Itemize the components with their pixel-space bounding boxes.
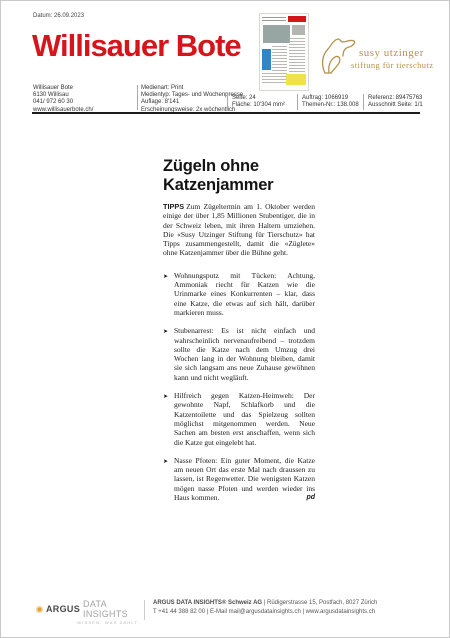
article: Zügeln ohne Katzenjammer TIPPSZum Zügelt… [163,157,315,502]
footer-contact-block: ARGUS DATA INSIGHTS® Schweiz AG | Rüdige… [153,599,377,617]
meta-divider-1 [137,85,138,110]
publication-logo: Willisauer Bote [32,28,241,64]
header-rule [32,112,420,114]
meta-source-city: 6130 Willisau [33,92,93,99]
argus-logo-secondary: DATA INSIGHTS [83,599,140,619]
footer-company-line: ARGUS DATA INSIGHTS® Schweiz AG | Rüdige… [153,599,377,608]
tip-item: ➤Stubenarrest: Es ist nicht einfach und … [163,326,315,382]
tip-text: Hilfreich gegen Katzen-Heimweh: Der gewo… [174,391,315,446]
footer-company-address: | Rüdigerstrasse 15, Postfach, 8027 Züri… [262,600,377,606]
argus-tagline: WISSEN, WAS ZÄHLT. [36,620,140,625]
arrow-bullet-icon: ➤ [163,457,168,466]
clipping-date: Datum: 26.09.2023 [33,13,84,19]
tip-text: Wohnungsputz mit Tücken: Achtung, Ammoni… [174,271,315,317]
tip-text: Stubenarrest: Es ist nicht einfach und w… [174,326,315,381]
thumb-blue-ad-block [262,49,271,70]
argus-compass-icon [36,606,43,613]
arrow-bullet-icon: ➤ [163,272,168,281]
argus-logo: ARGUS DATA INSIGHTS WISSEN, WAS ZÄHLT. [36,599,140,625]
thumb-text-column-bottom [262,73,284,85]
article-intro-text: Zum Zügeltermin am 1. Oktober werden ein… [163,202,315,257]
thumb-photo-small [292,25,305,35]
tip-item: ➤Hilfreich gegen Katzen-Heimweh: Der gew… [163,391,315,447]
author-abbreviation: pd [306,493,315,502]
meta-ausschnitt: Ausschnitt Seite: 1/1 [368,102,423,109]
meta-seite: Seite: 24 [232,95,285,102]
thumb-photo-large [263,25,290,42]
sust-logo-name: susy utzinger [359,47,424,59]
argus-logo-row: ARGUS DATA INSIGHTS [36,599,140,619]
article-intro: TIPPSZum Zügeltermin am 1. Oktober werde… [163,202,315,258]
meta-media-art: Medienart: Print [141,85,243,92]
meta-reference-column: Referenz: 89475763 Ausschnitt Seite: 1/1 [368,95,423,109]
arrow-bullet-icon: ➤ [163,392,168,401]
meta-auftrag: Auftrag: 1066919 [302,95,359,102]
press-clipping-page: Datum: 26.09.2023 Willisauer Bote susy u… [0,0,450,638]
thumb-text-column-right [289,38,305,71]
arrow-bullet-icon: ➤ [163,327,168,336]
tip-text: Nasse Pfoten: Ein guter Moment, die Katz… [174,456,315,502]
meta-page-column: Seite: 24 Fläche: 10'304 mm² [232,95,285,109]
newspaper-page-thumbnail [259,13,309,91]
tip-item: ➤Nasse Pfoten: Ein guter Moment, die Kat… [163,456,315,502]
footer-company-name: ARGUS DATA INSIGHTS® Schweiz AG [153,600,262,606]
article-kicker: TIPPS [163,202,184,211]
dog-and-cat-sketch-icon [317,33,359,77]
article-title: Zügeln ohne Katzenjammer [163,157,315,195]
meta-source-column: Willisauer Bote 6130 Willisau 041/ 972 6… [33,85,93,114]
meta-divider-2 [227,94,228,110]
meta-themen-nr: Themen-Nr.: 138.008 [302,102,359,109]
footer-divider [144,600,145,620]
thumb-article-highlight [286,74,305,85]
argus-logo-primary: ARGUS [46,604,80,614]
sust-logo: susy utzinger stiftung für tierschutz [317,31,437,79]
sust-logo-subtitle: stiftung für tierschutz [351,60,433,70]
meta-divider-4 [363,94,364,110]
thumb-masthead-red-block [288,16,306,22]
meta-source-phone: 041/ 972 60 30 [33,99,93,106]
meta-divider-3 [297,94,298,110]
tip-item: ➤Wohnungsputz mit Tücken: Achtung, Ammon… [163,271,315,317]
thumb-masthead-text [262,17,286,21]
meta-source-name: Willisauer Bote [33,85,93,92]
meta-referenz: Referenz: 89475763 [368,95,423,102]
footer-contact-line: T +41 44 388 82 00 | E-Mail mail@argusda… [153,608,377,617]
meta-flaeche: Fläche: 10'304 mm² [232,102,285,109]
argus-footer: ARGUS DATA INSIGHTS WISSEN, WAS ZÄHLT. A… [36,599,428,625]
meta-order-column: Auftrag: 1066919 Themen-Nr.: 138.008 [302,95,359,109]
article-tips-list: ➤Wohnungsputz mit Tücken: Achtung, Ammon… [163,271,315,503]
